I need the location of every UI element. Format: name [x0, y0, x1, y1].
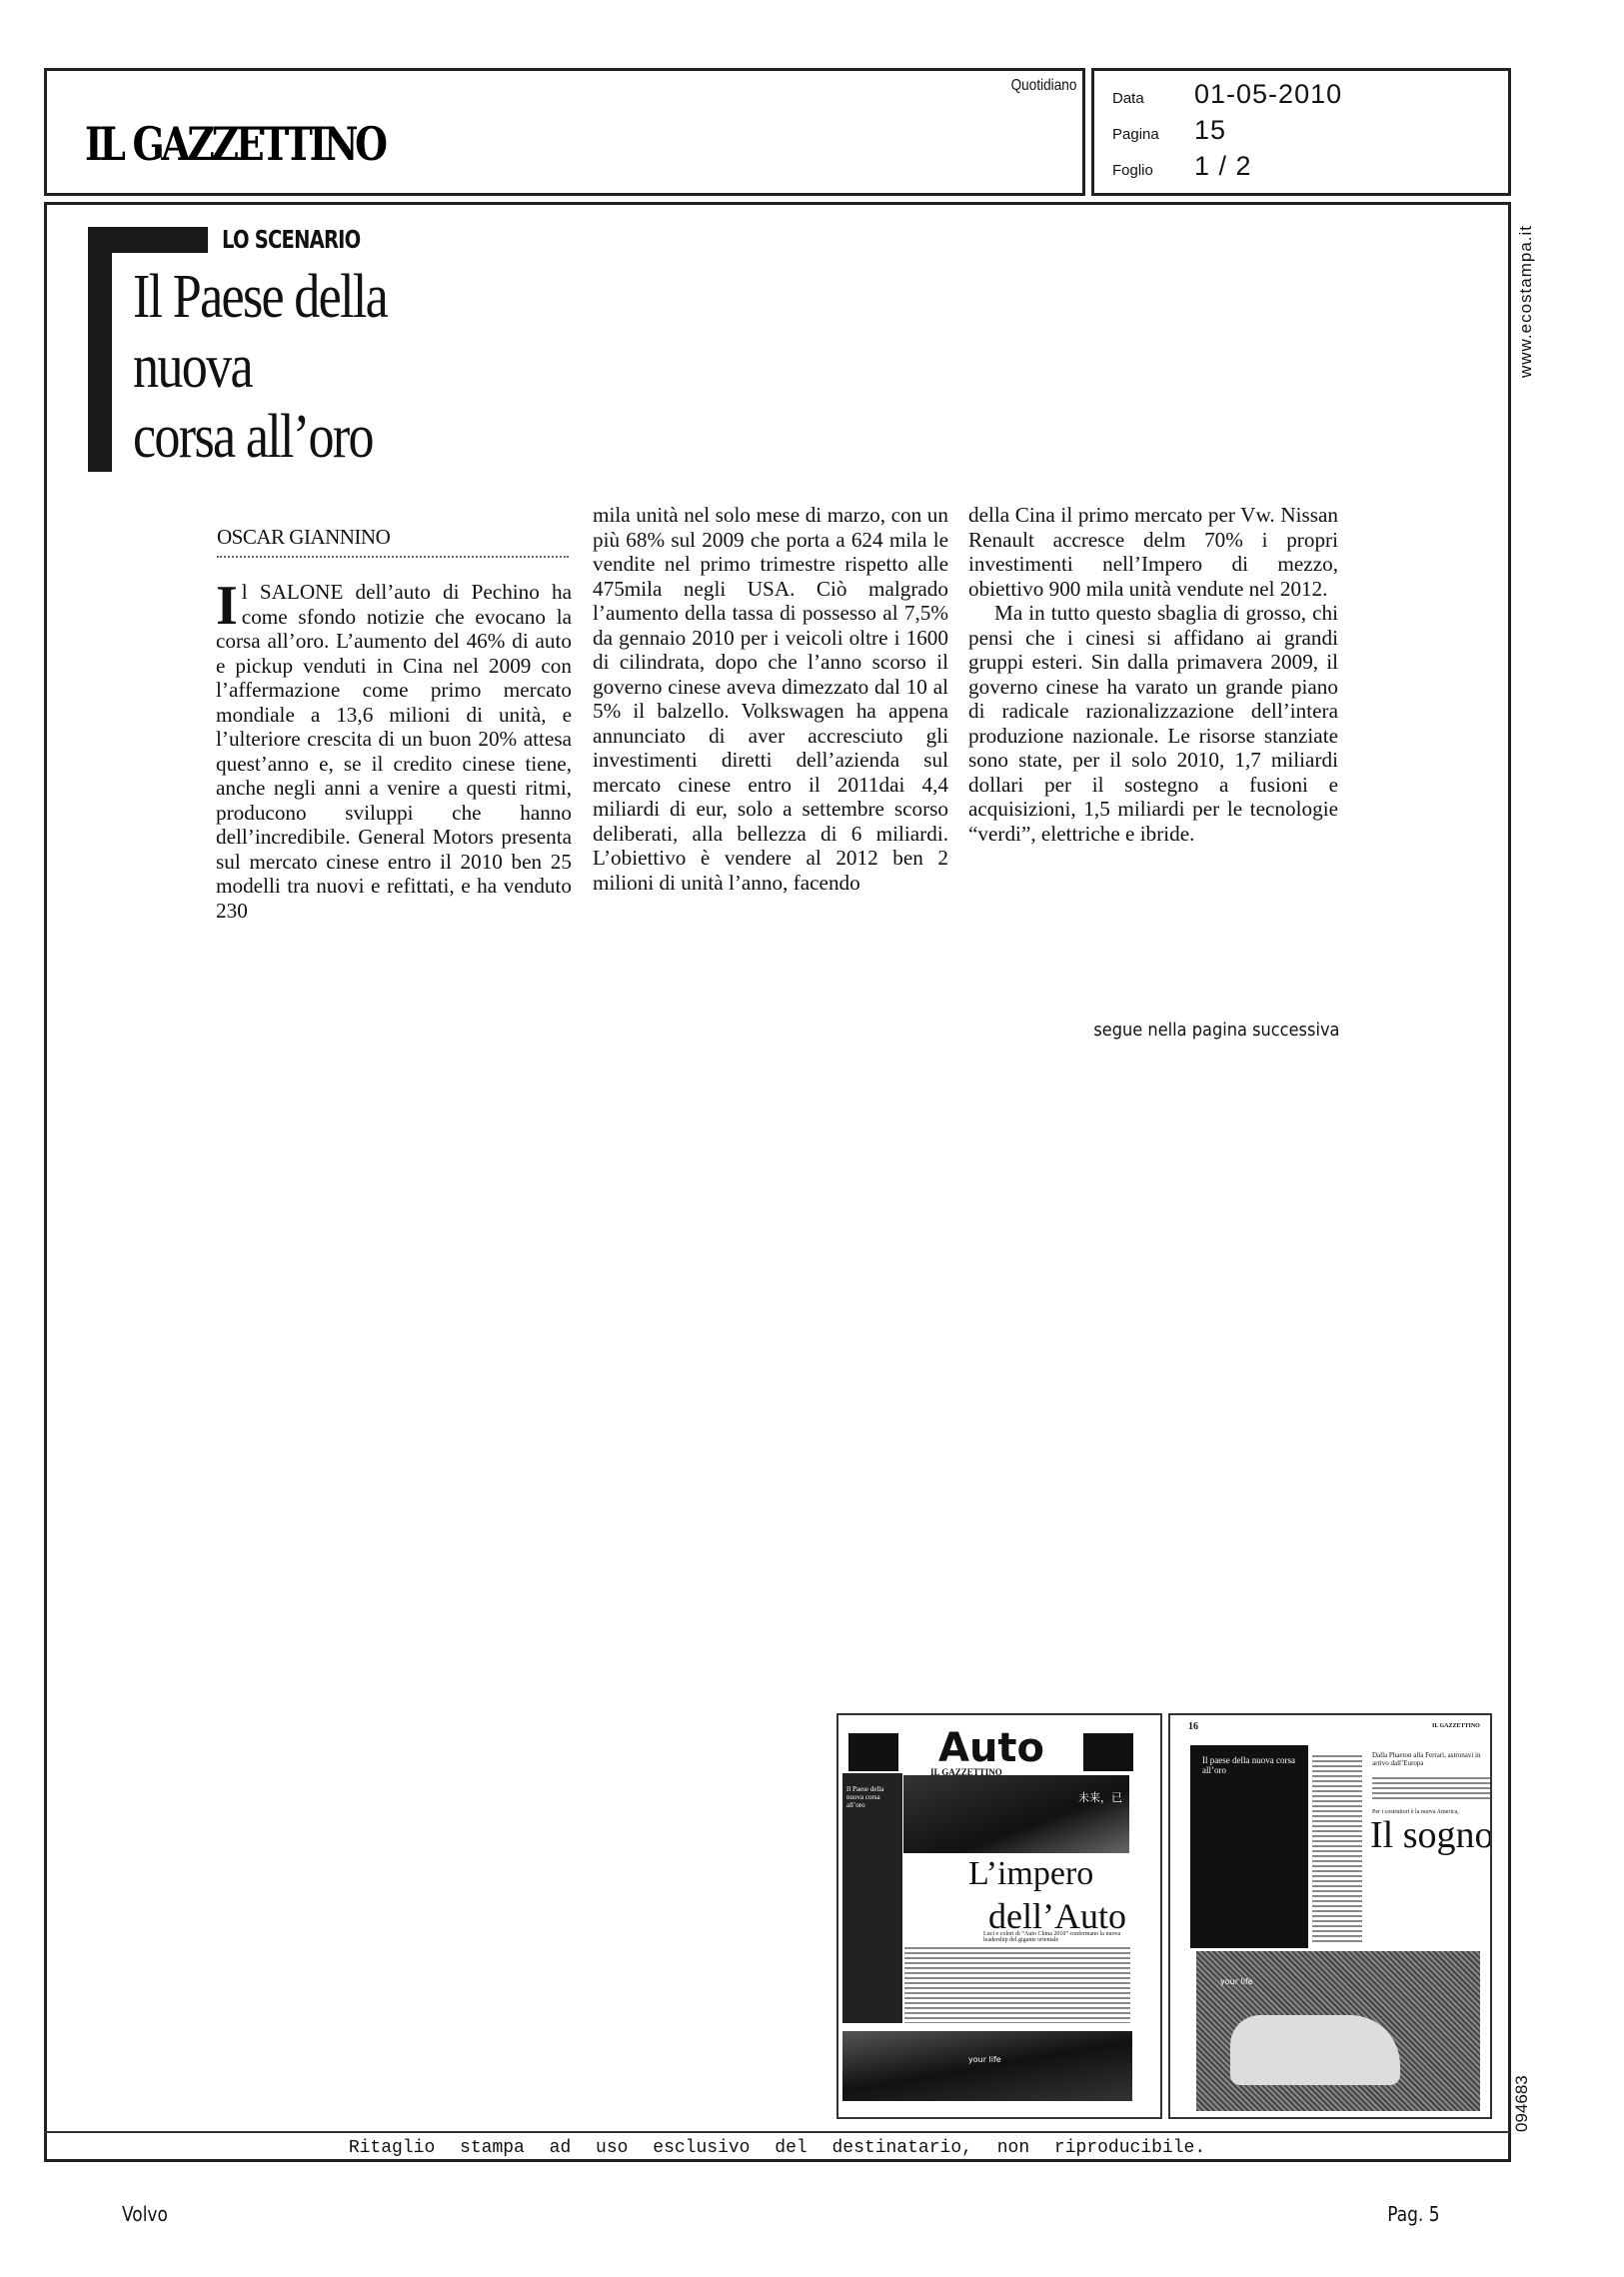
thumb-ad-text: your life — [1220, 1977, 1253, 1986]
website-label: www.ecostampa.it — [1516, 225, 1536, 378]
meta-page-label: Pagina — [1112, 126, 1194, 143]
paragraph: l SALONE dell’auto di Pechino ha come sf… — [216, 580, 572, 923]
paragraph: Ma in tutto questo sbaglia di grosso, ch… — [968, 601, 1338, 846]
thumb-headline: Il sogno — [1370, 1813, 1492, 1857]
meta-page-value: 15 — [1194, 115, 1226, 146]
thumb-headline-1: L’impero — [968, 1855, 1093, 1893]
meta-sheet-label: Foglio — [1112, 162, 1194, 179]
thumb-car-shape — [1230, 2015, 1400, 2085]
thumb-masthead: IL GAZZETTINO — [1432, 1723, 1480, 1729]
meta-date: Data 01-05-2010 — [1112, 79, 1342, 110]
article-byline: OSCAR GIANNINO — [217, 525, 569, 558]
masthead-logo: IL GAZZETTINO — [85, 117, 385, 171]
meta-sheet: Foglio 1 / 2 — [1112, 151, 1252, 182]
client-name: Volvo — [122, 2202, 168, 2226]
ad-box-right — [1083, 1733, 1133, 1771]
headline-line-3: corsa all’oro — [133, 402, 387, 472]
meta-box: Data 01-05-2010 Pagina 15 Foglio 1 / 2 — [1091, 68, 1511, 196]
thumb-body-text — [904, 1947, 1130, 2023]
thumb-car-photo — [903, 1775, 1129, 1853]
thumb-ad-banner — [842, 2031, 1132, 2101]
thumb-sidebar — [842, 1773, 902, 2023]
thumb-chinese-text: 未来，已 — [1078, 1789, 1122, 1805]
meta-date-value: 01-05-2010 — [1194, 79, 1342, 110]
meta-sheet-value: 1 / 2 — [1194, 151, 1252, 182]
ad-box-left — [848, 1733, 898, 1771]
article-column-1: I l SALONE dell’auto di Pechino ha come … — [216, 580, 572, 923]
thumb-article-box — [1190, 1745, 1308, 1948]
masthead-box: IL GAZZETTINO Quotidiano — [44, 68, 1085, 196]
periodicity-label: Quotidiano — [1010, 77, 1076, 95]
thumb-masthead: Auto — [938, 1725, 1044, 1771]
meta-page: Pagina 15 — [1112, 115, 1226, 146]
thumb-sidebar-title: Il Paese della nuova corsa all’oro — [846, 1785, 898, 1809]
thumb-side-title: Dalla Phaeton alla Ferrari, astronavi in… — [1372, 1751, 1492, 1767]
footer-divider — [44, 2131, 1510, 2133]
thumb-body-text — [1312, 1755, 1362, 1945]
continued-note: segue nella pagina successiva — [1093, 1020, 1339, 1041]
article-column-2: mila unità nel solo mese di mar­zo, con … — [593, 503, 948, 895]
headline-line-2: nuova — [133, 332, 387, 402]
drop-cap: I — [216, 583, 238, 629]
page-number: Pag. 5 — [1388, 2202, 1440, 2226]
thumb-ad-text: your life — [968, 2055, 1001, 2064]
thumb-subhead: Luci e colori di “Auto China 2010” confe… — [983, 1931, 1131, 1943]
paragraph: della Cina il primo mercato per Vw. Niss… — [968, 503, 1338, 601]
page-thumbnail-2[interactable]: 16 IL GAZZETTINO Il paese della nuova co… — [1168, 1713, 1492, 2119]
thumb-page-number: 16 — [1188, 1721, 1198, 1732]
article-column-3: della Cina il primo mercato per Vw. Niss… — [968, 503, 1338, 846]
article-kicker: LO SCENARIO — [222, 225, 360, 254]
thumb-box-title: Il paese della nuova corsa all’oro — [1202, 1755, 1302, 1775]
archive-code: 094683 — [1512, 2075, 1532, 2132]
copyright-notice: Ritaglio stampa ad uso esclusivo del des… — [44, 2138, 1510, 2158]
meta-date-label: Data — [1112, 90, 1194, 107]
paragraph: mila unità nel solo mese di mar­zo, con … — [593, 503, 948, 895]
thumb-side-text — [1372, 1777, 1490, 1799]
page-thumbnail-1[interactable]: Auto IL GAZZETTINO Il Paese della nuova … — [836, 1713, 1162, 2119]
headline-line-1: Il Paese della — [133, 262, 387, 332]
headline-bracket — [88, 227, 112, 472]
article-headline: Il Paese della nuova corsa all’oro — [133, 262, 387, 472]
